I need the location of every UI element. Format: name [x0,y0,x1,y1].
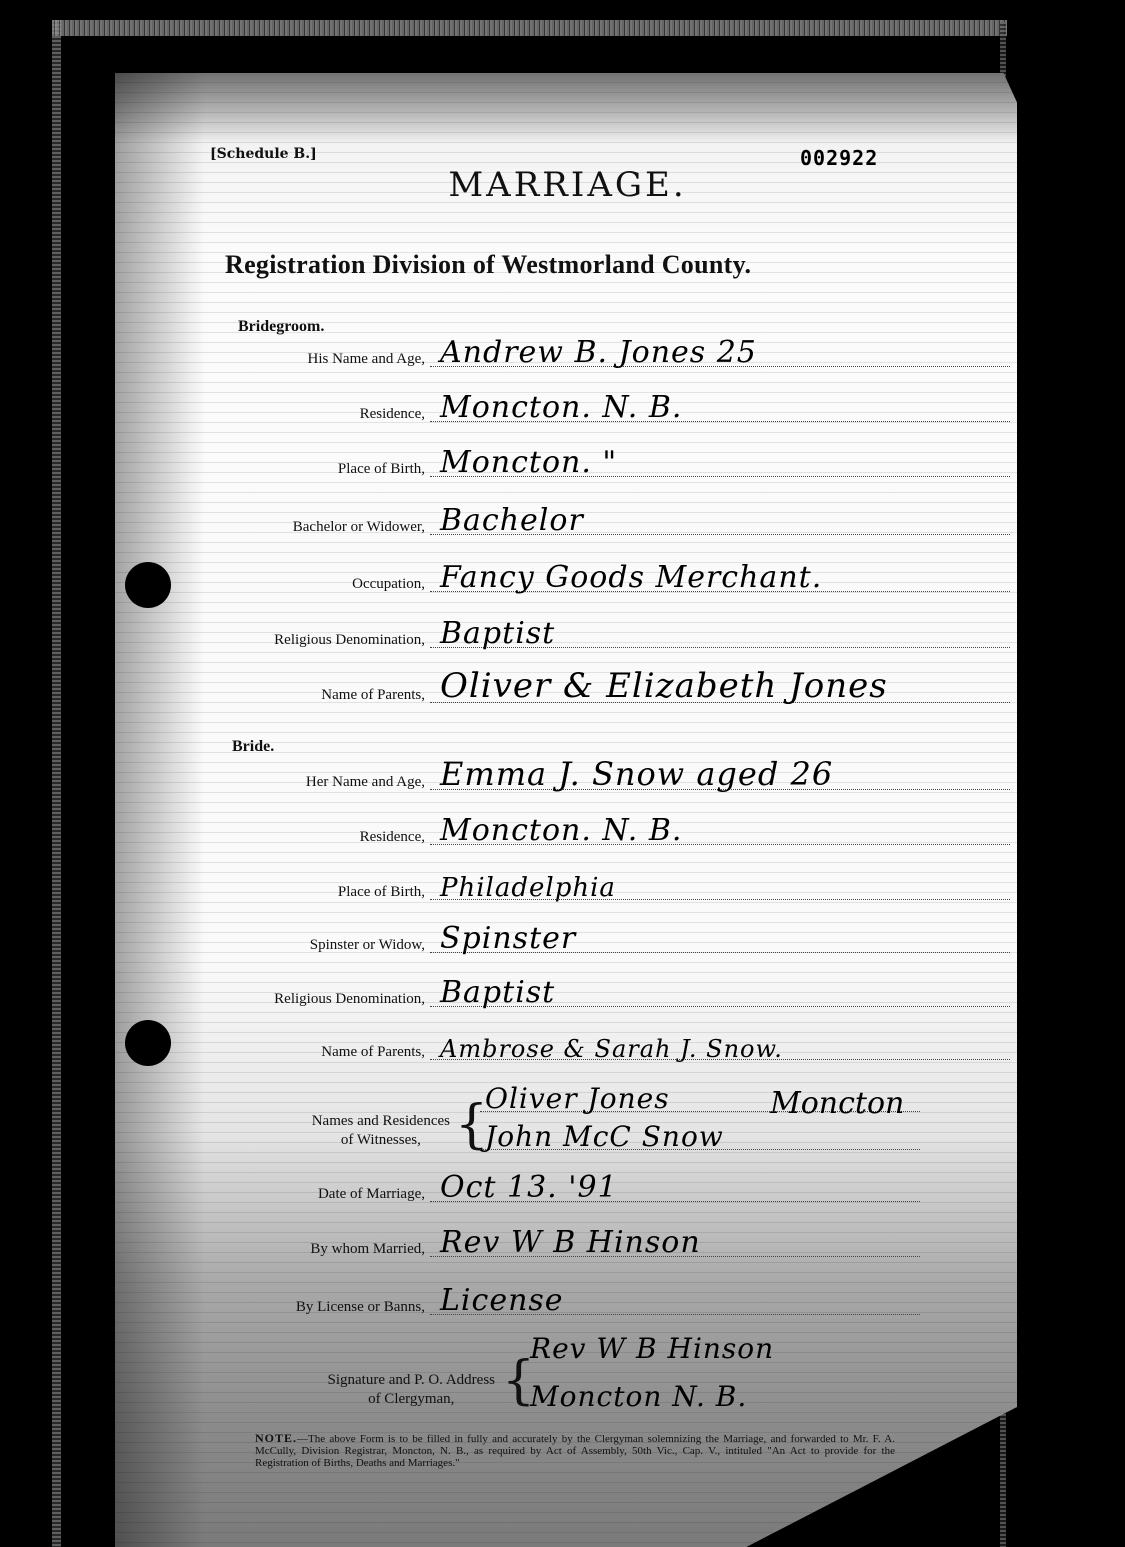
groom-birthplace-value: Moncton. " [440,445,617,480]
clergyman-signature: Rev W B Hinson [530,1332,774,1365]
groom-religion-value: Baptist [440,616,555,651]
title-text: MARRIAGE. [448,165,686,205]
note-heading: NOTE. [255,1431,297,1445]
registration-division-heading: Registration Division of Westmorland Cou… [225,250,751,280]
note-text: —The above Form is to be filled in fully… [255,1433,895,1469]
groom-marital-status-value: Bachelor [440,503,584,538]
field-label: Bachelor or Widower, [293,519,425,536]
clergyman-address: Moncton N. B. [530,1380,747,1413]
groom-residence-row: Residence, Moncton. N. B. [0,397,1010,427]
groom-religion-row: Religious Denomination, Baptist [0,623,1010,653]
witnesses-block: Names and Residences of Witnesses, { Oli… [0,1085,1010,1165]
clergyman-label-line1: Signature and P. O. Address [328,1372,496,1388]
field-label: Place of Birth, [338,461,425,478]
clergyman-signature-block: Signature and P. O. Address of Clergyman… [0,1325,1010,1425]
witnesses-label: Names and Residences of Witnesses, [312,1112,450,1150]
marriage-date-value: Oct 13. '91 [440,1170,618,1205]
license-row: By License or Banns, License [0,1290,1010,1320]
bride-birthplace-row: Place of Birth, Philadelphia [0,875,1010,905]
bride-residence-row: Residence, Moncton. N. B. [0,820,1010,850]
clergyman-label: Signature and P. O. Address of Clergyman… [328,1371,496,1409]
witness-residence: Moncton [770,1086,904,1121]
scan-border-top [52,20,1007,36]
officiant-row: By whom Married, Rev W B Hinson [0,1232,1010,1262]
bride-religion-value: Baptist [440,975,555,1010]
clergyman-label-line2: of Clergyman, [368,1391,454,1407]
groom-occupation-value: Fancy Goods Merchant. [440,560,822,595]
bridegroom-heading: Bridegroom. [238,318,324,336]
paper-shadow-top [115,73,1017,143]
witness-line: John McC Snow [480,1125,920,1155]
officiant-value: Rev W B Hinson [440,1225,701,1260]
groom-parents-value: Oliver & Elizabeth Jones [440,666,888,706]
license-value: License [440,1283,564,1318]
field-label: Name of Parents, [321,1044,425,1061]
bride-name-age-row: Her Name and Age, Emma J. Snow aged 26 [0,765,1010,795]
groom-occupation-row: Occupation, Fancy Goods Merchant. [0,567,1010,597]
field-label: Spinster or Widow, [310,937,425,954]
field-label: Name of Parents, [321,687,425,704]
field-label: His Name and Age, [308,351,425,368]
groom-residence-value: Moncton. N. B. [440,390,682,425]
field-label: Date of Marriage, [318,1186,425,1203]
field-label: By whom Married, [310,1241,425,1258]
field-label: By License or Banns, [296,1299,425,1316]
bride-marital-status-row: Spinster or Widow, Spinster [0,928,1010,958]
groom-birthplace-row: Place of Birth, Moncton. " [0,452,1010,482]
bride-marital-status-value: Spinster [440,921,576,956]
groom-marital-status-row: Bachelor or Widower, Bachelor [0,510,1010,540]
bride-name-age-value: Emma J. Snow aged 26 [440,755,833,793]
witness-name: John McC Snow [485,1120,724,1153]
clergyman-address-line: Moncton N. B. [525,1385,825,1415]
groom-parents-row: Name of Parents, Oliver & Elizabeth Jone… [0,678,1010,708]
field-label: Religious Denomination, [274,991,425,1008]
form-note: NOTE.—The above Form is to be filled in … [255,1432,895,1469]
witnesses-label-line1: Names and Residences [312,1113,450,1129]
witness-name: Oliver Jones [485,1082,670,1115]
field-label: Religious Denomination, [274,632,425,649]
bride-parents-value: Ambrose & Sarah J. Snow. [440,1035,783,1063]
bride-parents-row: Name of Parents, Ambrose & Sarah J. Snow… [0,1035,1010,1065]
bride-residence-value: Moncton. N. B. [440,813,682,848]
witness-line: Oliver Jones Moncton [480,1087,920,1117]
field-label: Occupation, [352,576,425,593]
clergyman-signature-line: Rev W B Hinson [525,1337,825,1367]
schedule-label: [Schedule B.] [210,146,317,162]
field-label: Place of Birth, [338,884,425,901]
field-label: Her Name and Age, [306,774,425,791]
bride-heading: Bride. [232,738,274,756]
field-label: Residence, [360,406,425,423]
bride-birthplace-value: Philadelphia [440,873,616,903]
field-label: Residence, [360,829,425,846]
document-title: MARRIAGE. [0,165,1125,205]
witnesses-label-line2: of Witnesses, [341,1132,421,1148]
groom-name-age-value: Andrew B. Jones 25 [440,335,757,370]
bride-religion-row: Religious Denomination, Baptist [0,982,1010,1012]
marriage-date-row: Date of Marriage, Oct 13. '91 [0,1177,1010,1207]
groom-name-age-row: His Name and Age, Andrew B. Jones 25 [0,342,1010,372]
